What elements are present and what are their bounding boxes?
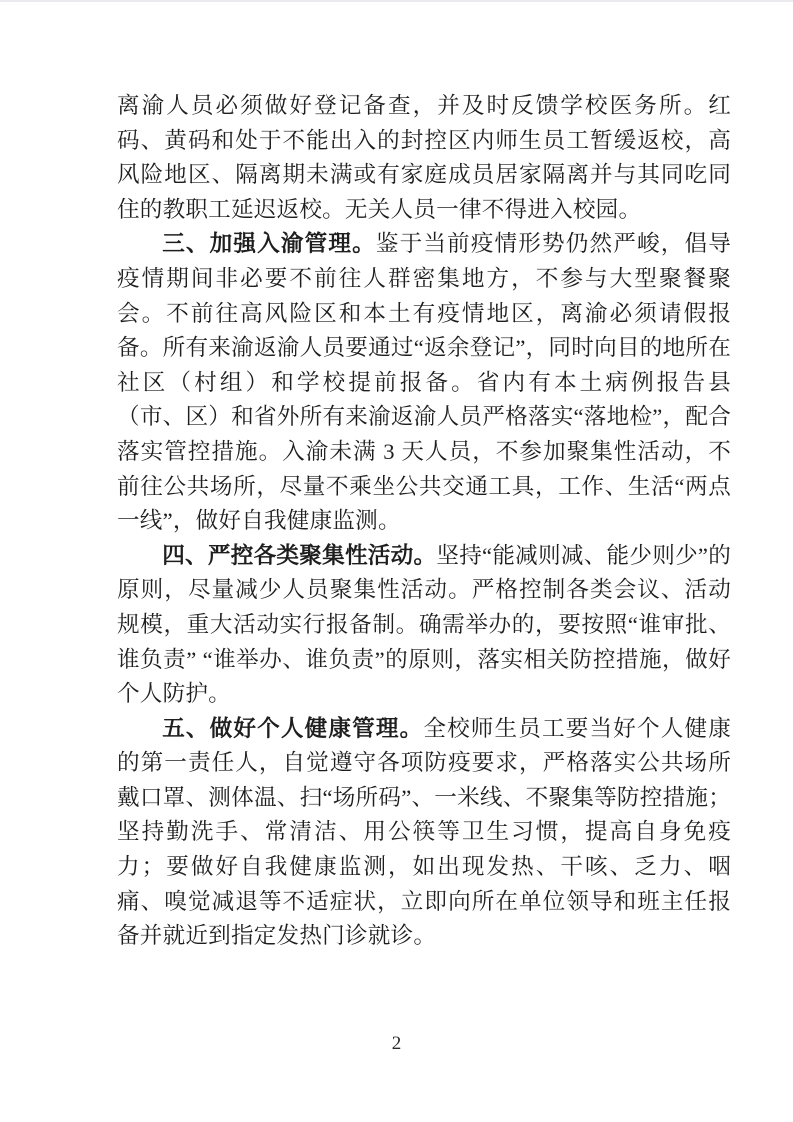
- page-number: 2: [0, 1033, 793, 1055]
- document-body: 离渝人员必须做好登记备查，并及时反馈学校医务所。红码、黄码和处于不能出入的封控区…: [117, 89, 731, 954]
- document-page: 离渝人员必须做好登记备查，并及时反馈学校医务所。红码、黄码和处于不能出入的封控区…: [0, 0, 793, 1122]
- paragraph-body: 离渝人员必须做好登记备查，并及时反馈学校医务所。红码、黄码和处于不能出入的封控区…: [117, 93, 731, 222]
- paragraph-section-3: 三、加强入渝管理。鉴于当前疫情形势仍然严峻，倡导疫情期间非必要不前往人群密集地方…: [117, 227, 731, 538]
- paragraph-continuation: 离渝人员必须做好登记备查，并及时反馈学校医务所。红码、黄码和处于不能出入的封控区…: [117, 89, 731, 227]
- scan-edge-line: [0, 0, 793, 2]
- section-heading: 五、做好个人健康管理。: [162, 716, 423, 741]
- section-heading: 四、严控各类聚集性活动。: [162, 543, 436, 568]
- paragraph-body: 鉴于当前疫情形势仍然严峻，倡导疫情期间非必要不前往人群密集地方，不参与大型聚餐聚…: [117, 231, 731, 533]
- paragraph-body: 全校师生员工要当好个人健康的第一责任人，自觉遵守各项防疫要求，严格落实公共场所戴…: [117, 716, 731, 949]
- paragraph-section-5: 五、做好个人健康管理。全校师生员工要当好个人健康的第一责任人，自觉遵守各项防疫要…: [117, 712, 731, 954]
- paragraph-section-4: 四、严控各类聚集性活动。坚持“能减则减、能少则少”的原则，尽量减少人员聚集性活动…: [117, 539, 731, 712]
- section-heading: 三、加强入渝管理。: [162, 231, 376, 256]
